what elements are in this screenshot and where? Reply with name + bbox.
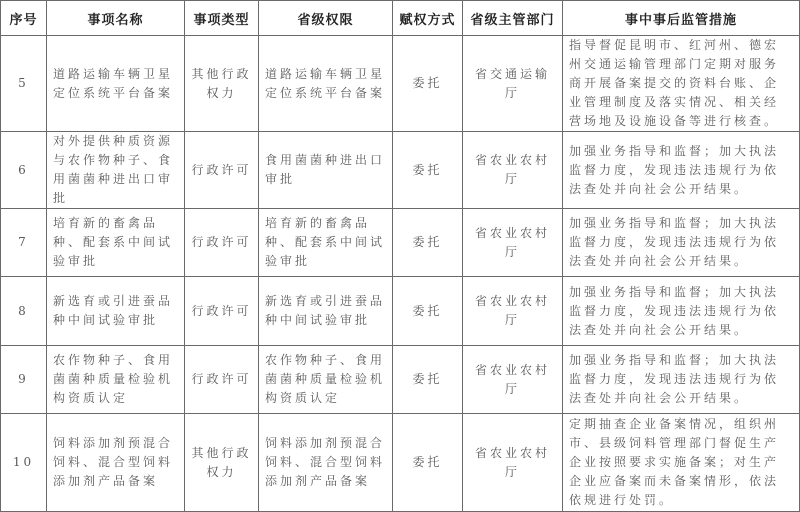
header-item-type: 事项类型 [185,1,259,36]
cell-item-type: 其他行政权力 [185,36,259,132]
cell-provincial-authority: 饲料添加剂预混合饲料、混合型饲料添加剂产品备案 [259,414,393,495]
cell-no: 8 [1,277,47,346]
cell-method: 委托 [393,36,463,132]
cell-measures: 加强业务指导和监督；加大执法监督力度，发现违法违规行为依法查处并向社会公开结果。 [563,209,800,277]
header-row: 序号 事项名称 事项类型 省级权限 赋权方式 省级主管部门 事中事后监管措施 [1,1,800,36]
table-row: 7 培育新的畜禽品种、配套系中间试验审批 行政许可 培育新的畜禽品种、配套系中间… [1,209,800,277]
header-provincial-authority: 省级权限 [259,1,393,36]
cell-item-name: 饲料添加剂预混合饲料、混合型饲料添加剂产品备案 [47,414,185,495]
cell-measures: 指导督促昆明市、红河州、德宏州交通运输管理部门定期对服务商开展备案提交的资料台账… [563,36,800,132]
cell-item-type: 行政许可 [185,209,259,277]
cell-provincial-authority: 食用菌菌种进出口审批 [259,132,393,209]
cell-no: 10 [1,414,47,495]
cell-method: 委托 [393,346,463,414]
cell-method: 委托 [393,277,463,346]
table-row: 5 道路运输车辆卫星定位系统平台备案 其他行政权力 道路运输车辆卫星定位系统平台… [1,36,800,132]
cell-no: 7 [1,209,47,277]
header-delegation-method: 赋权方式 [393,1,463,36]
cell-item-name: 道路运输车辆卫星定位系统平台备案 [47,36,185,132]
cell-department: 省农业农村厅 [463,414,563,495]
cell-item-name: 新选育或引进蚕品种中间试验审批 [47,277,185,346]
cell-no: 9 [1,346,47,414]
cell-provincial-authority: 农作物种子、食用菌菌种质量检验机构资质认定 [259,346,393,414]
cell-measures: 加强业务指导和监督；加大执法监督力度，发现违法违规行为依法查处并向社会公开结果。 [563,346,800,414]
cell-method: 委托 [393,209,463,277]
cell-item-type: 行政许可 [185,277,259,346]
cell-method: 委托 [393,132,463,209]
cell-item-type: 行政许可 [185,346,259,414]
cell-no: 6 [1,132,47,209]
cell-provincial-authority: 新选育或引进蚕品种中间试验审批 [259,277,393,346]
header-supervision-measures: 事中事后监管措施 [563,1,800,36]
cell-department: 省农业农村厅 [463,132,563,209]
cell-department: 省农业农村厅 [463,346,563,414]
delegation-table: 序号 事项名称 事项类型 省级权限 赋权方式 省级主管部门 事中事后监管措施 5… [0,0,800,494]
table-row: 10 饲料添加剂预混合饲料、混合型饲料添加剂产品备案 其他行政权力 饲料添加剂预… [1,414,800,495]
cell-item-name: 农作物种子、食用菌菌种质量检验机构资质认定 [47,346,185,414]
cell-provincial-authority: 培育新的畜禽品种、配套系中间试验审批 [259,209,393,277]
cell-department: 省农业农村厅 [463,277,563,346]
cell-no: 5 [1,36,47,132]
table-row: 8 新选育或引进蚕品种中间试验审批 行政许可 新选育或引进蚕品种中间试验审批 委… [1,277,800,346]
cell-item-name: 对外提供种质资源与农作物种子、食用菌菌种进出口审批 [47,132,185,209]
table-row: 6 对外提供种质资源与农作物种子、食用菌菌种进出口审批 行政许可 食用菌菌种进出… [1,132,800,209]
cell-measures: 加强业务指导和监督；加大执法监督力度，发现违法违规行为依法查处并向社会公开结果。 [563,132,800,209]
cell-item-type: 其他行政权力 [185,414,259,495]
cell-department: 省农业农村厅 [463,209,563,277]
cell-item-name: 培育新的畜禽品种、配套系中间试验审批 [47,209,185,277]
cell-method: 委托 [393,414,463,495]
header-item-name: 事项名称 [47,1,185,36]
header-no: 序号 [1,1,47,36]
cell-measures: 定期抽查企业备案情况，组织州市、县级饲料管理部门督促生产企业按照要求实施备案；对… [563,414,800,495]
header-department: 省级主管部门 [463,1,563,36]
cell-department: 省交通运输厅 [463,36,563,132]
cell-provincial-authority: 道路运输车辆卫星定位系统平台备案 [259,36,393,132]
cell-item-type: 行政许可 [185,132,259,209]
table-row: 9 农作物种子、食用菌菌种质量检验机构资质认定 行政许可 农作物种子、食用菌菌种… [1,346,800,414]
cell-measures: 加强业务指导和监督；加大执法监督力度，发现违法违规行为依法查处并向社会公开结果。 [563,277,800,346]
